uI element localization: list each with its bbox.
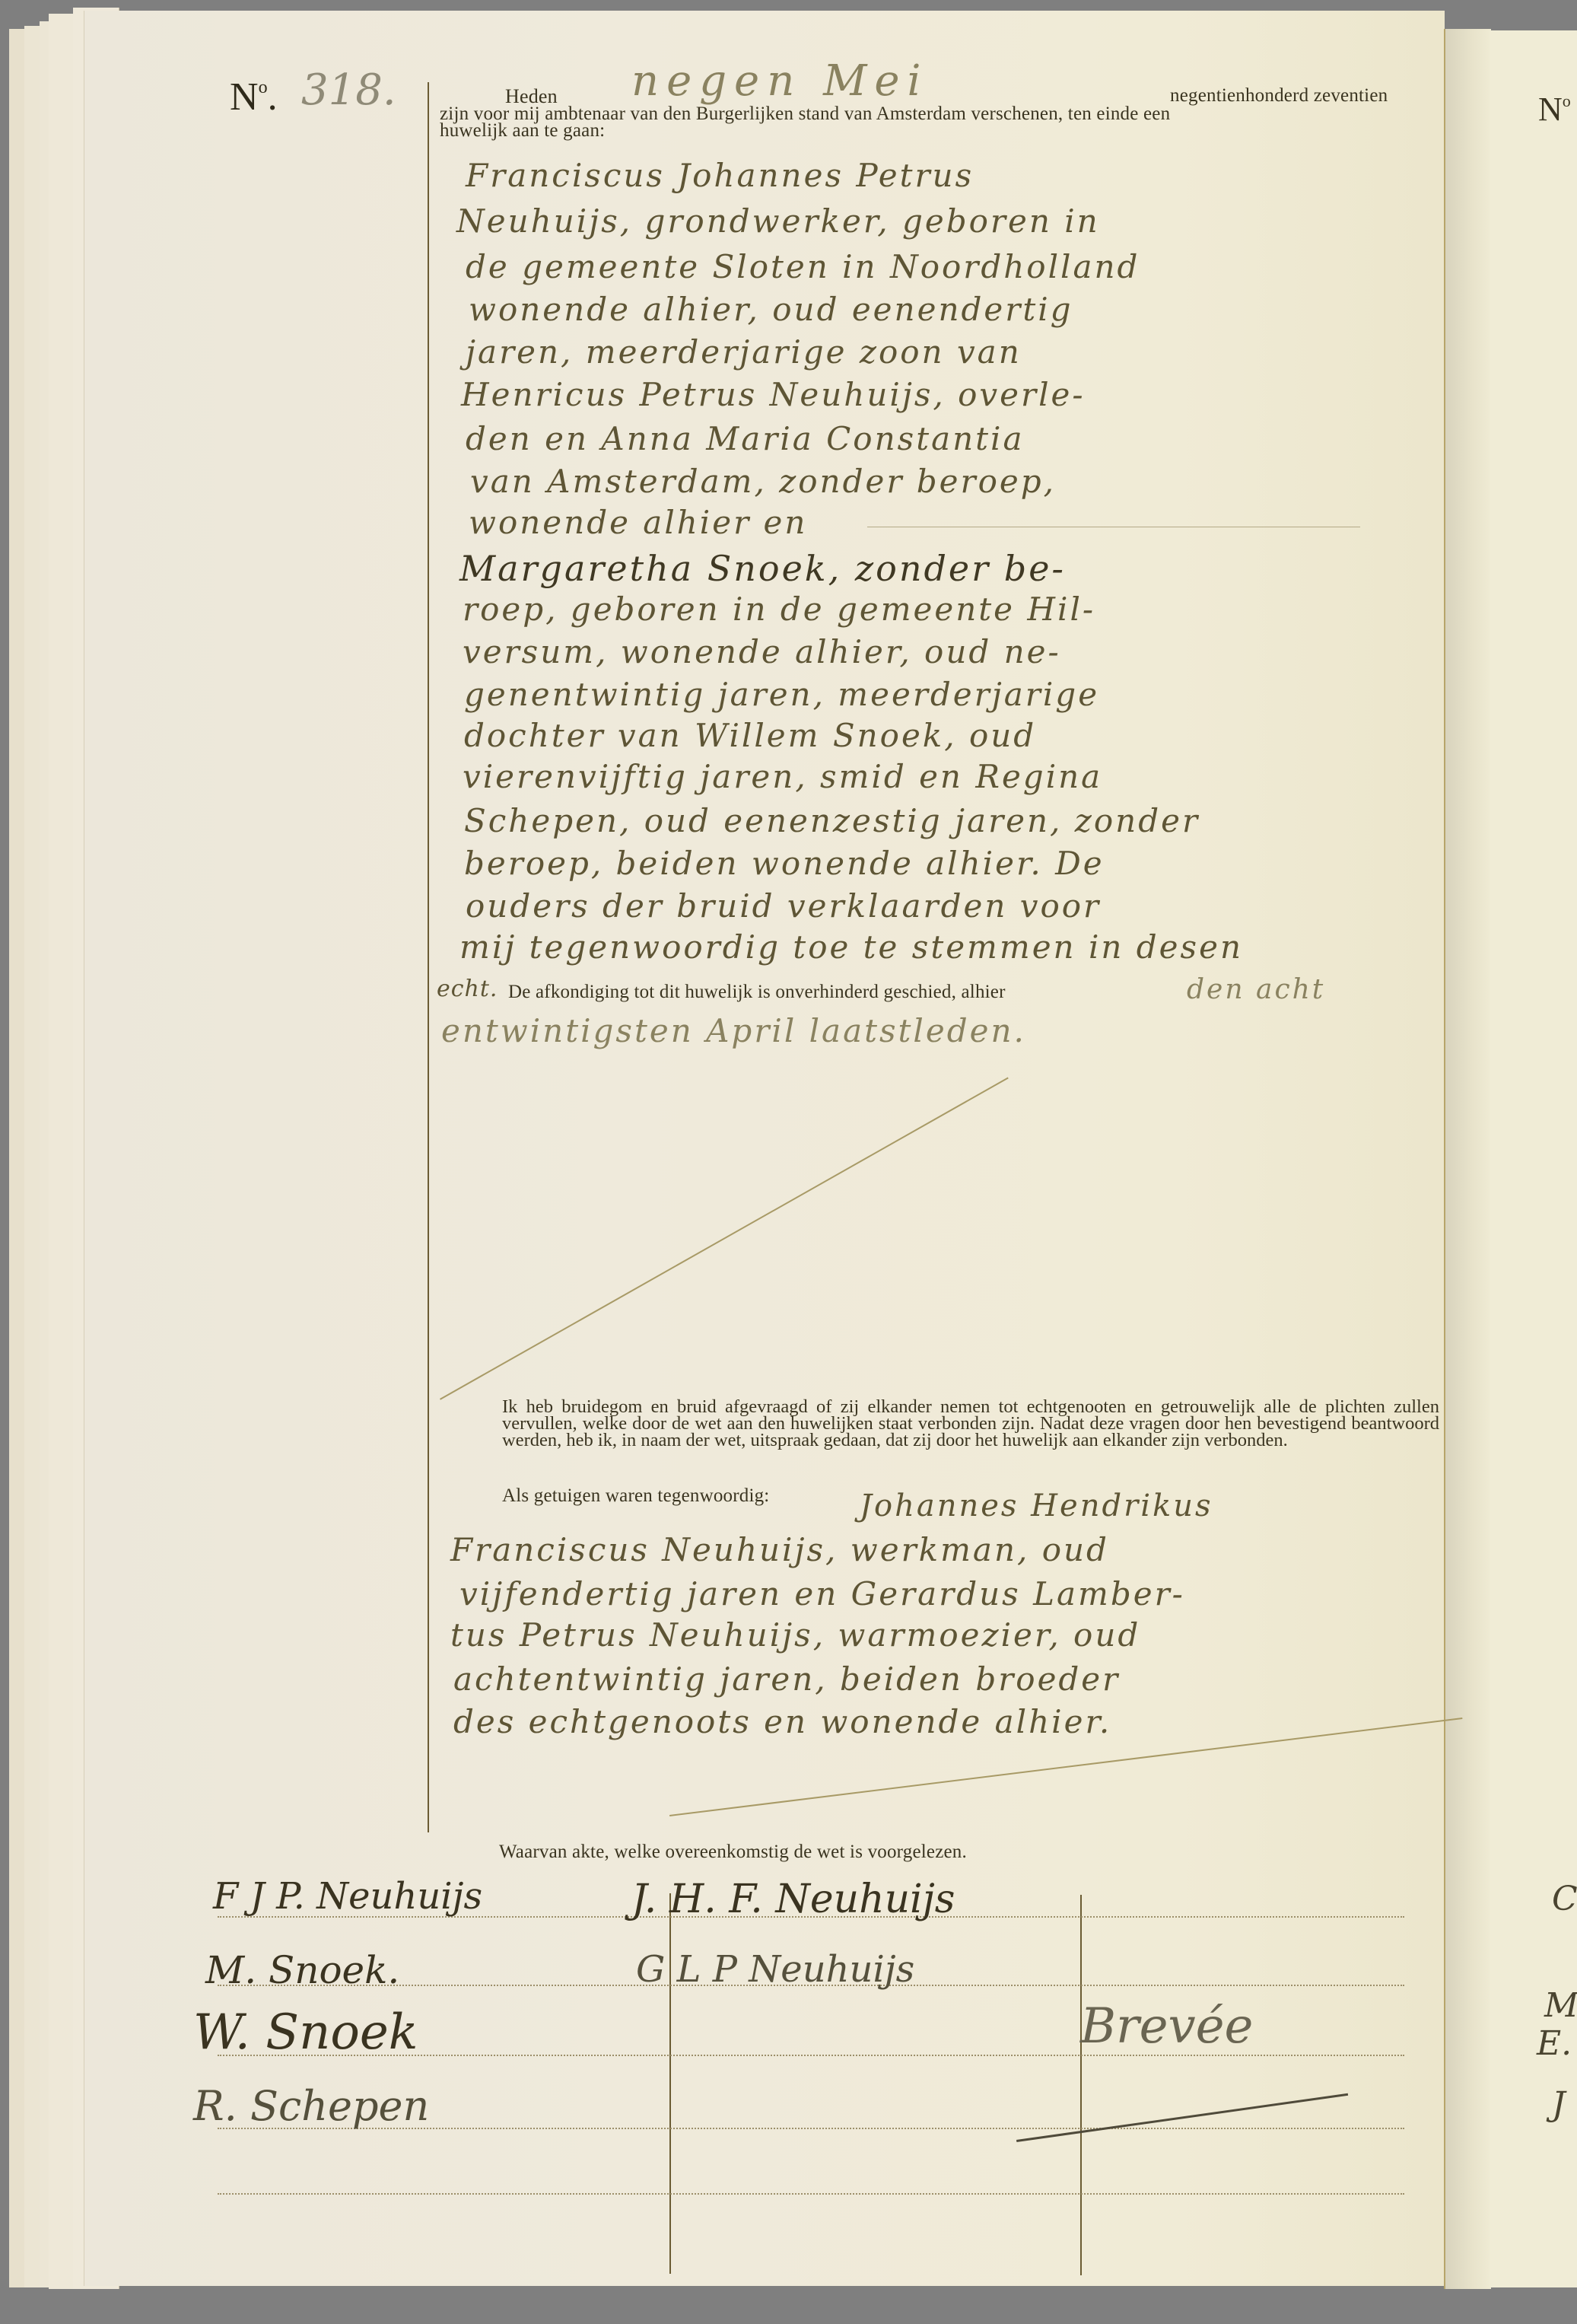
hand-line: den en Anna Maria Constantia xyxy=(466,420,1025,457)
witness-line: vijfendertig jaren en Gerardus Lamber- xyxy=(459,1575,1185,1612)
witness-line: des echtgenoots en wonende alhier. xyxy=(453,1703,1111,1740)
hand-line: roep, geboren in de gemeente Hil- xyxy=(463,591,1095,628)
witnesses-label: Als getuigen waren tegenwoordig: xyxy=(502,1485,769,1507)
book-spine xyxy=(1444,29,1491,2289)
closing-text: Waarvan akte, welke overeenkomstig de we… xyxy=(499,1842,967,1863)
signature-bride: M. Snoek. xyxy=(205,1948,399,1992)
margin-rule xyxy=(428,82,429,1832)
hand-line: jaren, meerderjarige zoon van xyxy=(466,333,1022,371)
record-number-value: 318. xyxy=(301,65,396,115)
right-page-fragment: M xyxy=(1544,1986,1577,2025)
header-line-3: huwelijk aan te gaan: xyxy=(440,120,605,142)
hand-line: de gemeente Sloten in Noordholland xyxy=(466,248,1140,285)
right-page-number-label: No xyxy=(1538,90,1571,129)
witness-line: Johannes Hendrikus xyxy=(860,1488,1213,1523)
signature-witness-1: J. H. F. Neuhuijs xyxy=(631,1877,955,1922)
year-printed: negentienhonderd zeventien xyxy=(1170,85,1388,107)
signature-bride-father: W. Snoek xyxy=(193,2004,418,2061)
hand-line: wonende alhier en xyxy=(469,504,807,541)
declaration-text: Ik heb bruidegom en bruid afgevraagd of … xyxy=(428,1399,1439,1449)
witness-line: Franciscus Neuhuijs, werkman, oud xyxy=(450,1531,1109,1568)
afkondiging-hand-2: entwintigsten April laatstleden. xyxy=(441,1012,1026,1049)
signature-groom: F J P. Neuhuijs xyxy=(213,1875,482,1918)
hand-line: Schepen, oud eenenzestig jaren, zonder xyxy=(464,802,1200,839)
signature-witness-2: G L P Neuhuijs xyxy=(636,1948,914,1991)
hand-line: genentwintig jaren, meerderjarige xyxy=(464,676,1099,713)
signature-official: Brevée xyxy=(1080,1998,1253,2055)
hand-line: versum, wonende alhier, oud ne- xyxy=(463,633,1061,670)
witness-line: tus Petrus Neuhuijs, warmoezier, oud xyxy=(450,1616,1140,1654)
right-page-fragment: C xyxy=(1552,1880,1577,1918)
hand-line: beroep, beiden wonende alhier. De xyxy=(464,845,1105,882)
heden-date-value: negen Mei xyxy=(631,56,928,106)
hand-line: ouders der bruid verklaarden voor xyxy=(466,887,1101,925)
hand-line: echt. xyxy=(437,976,498,1002)
fill-line xyxy=(867,527,1360,527)
hand-line: vierenvijftig jaren, smid en Regina xyxy=(463,758,1102,795)
right-page-fragment: J xyxy=(1552,2085,1566,2124)
right-page xyxy=(1490,30,1577,2287)
witness-line: achtentwintig jaren, beiden broeder xyxy=(453,1660,1120,1698)
signature-bride-mother: R. Schepen xyxy=(193,2082,429,2130)
hand-line: mij tegenwoordig toe te stemmen in desen xyxy=(459,928,1243,966)
hand-line: wonende alhier, oud eenendertig xyxy=(469,291,1073,328)
hand-line: van Amsterdam, zonder beroep, xyxy=(470,463,1056,500)
signature-line xyxy=(218,2193,1404,2195)
hand-line: Franciscus Johannes Petrus xyxy=(466,157,974,194)
hand-line: Henricus Petrus Neuhuijs, overle- xyxy=(461,376,1086,413)
declaration-paragraph: Ik heb bruidegom en bruid afgevraagd of … xyxy=(428,1399,1439,1449)
afkondiging-hand-1: den acht xyxy=(1187,974,1325,1005)
record-number-label: No. xyxy=(230,75,278,119)
right-page-fragment: E. xyxy=(1537,2024,1572,2063)
hand-line: dochter van Willem Snoek, oud xyxy=(464,717,1036,754)
hand-line: Neuhuijs, grondwerker, geboren in xyxy=(456,202,1100,240)
afkondiging-printed: De afkondiging tot dit huwelijk is onver… xyxy=(508,982,1006,1003)
hand-line: Margaretha Snoek, zonder be- xyxy=(459,548,1066,589)
signature-column-rule xyxy=(1080,1895,1082,2275)
